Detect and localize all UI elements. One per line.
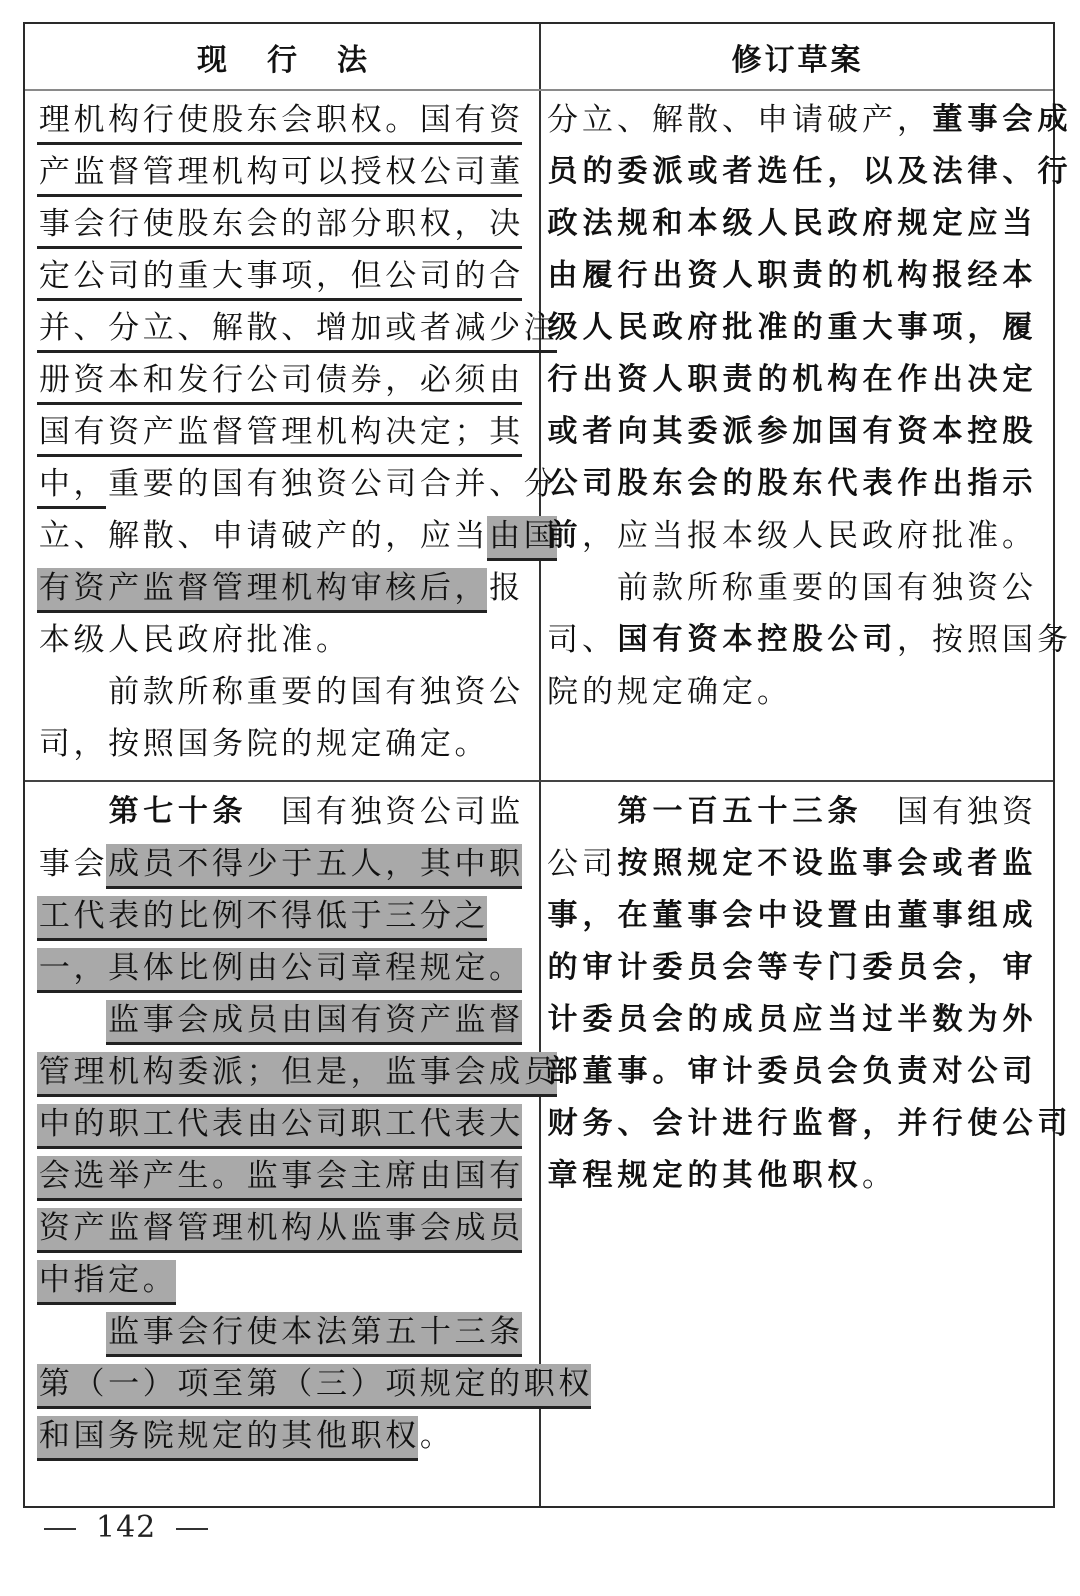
text-line: 定公司的重大事项，但公司的合 [37, 252, 522, 304]
text-segment: 重要的国有独资公司合并、分 [106, 464, 556, 504]
text-line: 产监督管理机构可以授权公司董 [37, 148, 522, 200]
bold-text-segment: 计委员会的成员应当过半数为外 [545, 1000, 1035, 1040]
highlighted-text-segment: 管理机构委派；但是，监事会成员 [37, 1052, 557, 1097]
text-line: 中，重要的国有独资公司合并、分 [37, 460, 522, 512]
highlighted-text-segment: 有资产监督管理机构审核后， [37, 568, 487, 613]
highlighted-text-segment: 中指定。 [37, 1260, 176, 1305]
text-segment: 前款所称重要的国有独资公 [615, 568, 1035, 608]
bold-text-segment: 第七十条 [106, 792, 245, 832]
header-current-law: 现行法 [25, 24, 539, 89]
row2-current-law-cell: 第七十条 国有独资公司监事会成员不得少于五人，其中职工代表的比例不得低于三分之一… [37, 788, 522, 1464]
text-segment: 事会 [37, 844, 106, 884]
text-line: 第七十条 国有独资公司监 [37, 788, 522, 840]
text-segment: 定公司的重大事项，但公司的合 [37, 256, 522, 301]
column-divider [539, 24, 541, 1506]
bold-text-segment: 或者向其委派参加国有资本控股 [545, 412, 1035, 452]
text-segment: 国有资产监督管理机构决定；其 [37, 412, 522, 457]
text-segment: 报 [487, 568, 522, 608]
highlighted-text-segment: 一，具体比例由公司章程规定。 [37, 948, 522, 993]
text-segment: 公司 [545, 844, 615, 884]
text-line: 事会行使股东会的部分职权，决 [37, 200, 522, 252]
text-line: 院的规定确定。 [545, 668, 1035, 720]
text-line: 前款所称重要的国有独资公 [37, 668, 522, 720]
text-line: 前，应当报本级人民政府批准。 [545, 512, 1035, 564]
bold-text-segment: 国有资本控股公司 [615, 620, 895, 660]
text-segment: 册资本和发行公司债券，必须由 [37, 360, 522, 405]
highlighted-text-segment: 工代表的比例不得低于三分之 [37, 896, 487, 941]
text-line: 会选举产生。监事会主席由国有 [37, 1152, 522, 1204]
bold-text-segment: 部董事。审计委员会负责对公司 [545, 1052, 1035, 1092]
text-line: 资产监督管理机构从监事会成员 [37, 1204, 522, 1256]
text-segment: 院的规定确定。 [545, 672, 790, 712]
text-segment: 中， [37, 464, 106, 509]
text-line: 第（一）项至第（三）项规定的职权 [37, 1360, 522, 1412]
row1-revision-draft-cell: 分立、解散、申请破产，董事会成员的委派或者选任，以及法律、行政法规和本级人民政府… [545, 96, 1035, 720]
text-line: 司、国有资本控股公司，按照国务 [545, 616, 1035, 668]
highlighted-text-segment: 监事会行使本法第五十三条 [106, 1312, 522, 1357]
text-line: 并、分立、解散、增加或者减少注 [37, 304, 522, 356]
text-line: 部董事。审计委员会负责对公司 [545, 1048, 1035, 1100]
text-line: 公司按照规定不设监事会或者监 [545, 840, 1035, 892]
text-line: 财务、会计进行监督，并行使公司 [545, 1100, 1035, 1152]
page-footer: 142 [24, 1510, 228, 1545]
text-line: 册资本和发行公司债券，必须由 [37, 356, 522, 408]
highlighted-text-segment: 资产监督管理机构从监事会成员 [37, 1208, 522, 1253]
text-segment: 国有独资 [860, 792, 1035, 832]
bold-text-segment: 的审计委员会等专门委员会，审 [545, 948, 1035, 988]
text-line: 行出资人职责的机构在作出决定 [545, 356, 1035, 408]
text-line: 或者向其委派参加国有资本控股 [545, 408, 1035, 460]
bold-text-segment: 章程规定的其他职权 [545, 1156, 860, 1196]
header-revision-draft: 修订草案 [541, 24, 1054, 89]
footer-dash-right [176, 1528, 208, 1530]
page-number: 142 [96, 1510, 156, 1545]
bold-text-segment: 员的委派或者选任，以及法律、行 [545, 152, 1070, 192]
text-segment: 事会行使股东会的部分职权，决 [37, 204, 522, 249]
highlighted-text-segment: 成员不得少于五人，其中职 [106, 844, 522, 889]
text-segment: 国有独资公司监 [245, 792, 522, 832]
text-line: 立、解散、申请破产的，应当由国 [37, 512, 522, 564]
text-line: 有资产监督管理机构审核后，报 [37, 564, 522, 616]
text-segment: 司、 [545, 620, 615, 660]
text-segment: 司，按照国务院的规定确定。 [37, 724, 487, 764]
highlighted-text-segment: 中的职工代表由公司职工代表大 [37, 1104, 522, 1149]
text-line: 政法规和本级人民政府规定应当 [545, 200, 1035, 252]
text-line: 司，按照国务院的规定确定。 [37, 720, 522, 772]
text-line: 公司股东会的股东代表作出指示 [545, 460, 1035, 512]
text-segment: 。 [418, 1416, 453, 1456]
bold-text-segment: 由履行出资人职责的机构报经本 [545, 256, 1035, 296]
bold-text-segment: 事，在董事会中设置由董事组成 [545, 896, 1035, 936]
bold-text-segment: 财务、会计进行监督，并行使公司 [545, 1104, 1070, 1144]
bold-text-segment: 行出资人职责的机构在作出决定 [545, 360, 1035, 400]
bold-text-segment: 前 [545, 516, 580, 556]
text-line: 员的委派或者选任，以及法律、行 [545, 148, 1035, 200]
text-segment: 分立、解散、申请破产， [545, 100, 930, 140]
text-line: 中指定。 [37, 1256, 522, 1308]
bold-text-segment: 政法规和本级人民政府规定应当 [545, 204, 1035, 244]
bold-text-segment: 按照规定不设监事会或者监 [615, 844, 1035, 884]
footer-dash-left [44, 1528, 76, 1530]
text-segment: ，应当报本级人民政府批准。 [580, 516, 1035, 556]
text-segment: 立、解散、申请破产的，应当 [37, 516, 487, 556]
text-line: 的审计委员会等专门委员会，审 [545, 944, 1035, 996]
text-segment: 产监督管理机构可以授权公司董 [37, 152, 522, 197]
text-line: 本级人民政府批准。 [37, 616, 522, 668]
text-segment: ，按照国务 [895, 620, 1070, 660]
bold-text-segment: 董事会成 [930, 100, 1070, 140]
text-line: 监事会成员由国有资产监督 [37, 996, 522, 1048]
text-line: 章程规定的其他职权。 [545, 1152, 1035, 1204]
text-segment: 理机构行使股东会职权。国有资 [37, 100, 522, 145]
text-line: 管理机构委派；但是，监事会成员 [37, 1048, 522, 1100]
text-line: 第一百五十三条 国有独资 [545, 788, 1035, 840]
text-line: 工代表的比例不得低于三分之 [37, 892, 522, 944]
row1-current-law-cell: 理机构行使股东会职权。国有资产监督管理机构可以授权公司董事会行使股东会的部分职权… [37, 96, 522, 772]
text-line: 国有资产监督管理机构决定；其 [37, 408, 522, 460]
highlighted-text-segment: 第（一）项至第（三）项规定的职权 [37, 1364, 591, 1409]
highlighted-text-segment: 和国务院规定的其他职权 [37, 1416, 418, 1461]
text-segment: 。 [860, 1156, 895, 1196]
text-line: 级人民政府批准的重大事项，履 [545, 304, 1035, 356]
text-segment: 并、分立、解散、增加或者减少注 [37, 308, 557, 353]
text-line: 和国务院规定的其他职权。 [37, 1412, 522, 1464]
text-line: 一，具体比例由公司章程规定。 [37, 944, 522, 996]
header-divider [25, 89, 1053, 91]
comparison-table: 现行法 修订草案 理机构行使股东会职权。国有资产监督管理机构可以授权公司董事会行… [23, 22, 1055, 1508]
text-line: 分立、解散、申请破产，董事会成 [545, 96, 1035, 148]
text-line: 中的职工代表由公司职工代表大 [37, 1100, 522, 1152]
bold-text-segment: 级人民政府批准的重大事项，履 [545, 308, 1035, 348]
highlighted-text-segment: 监事会成员由国有资产监督 [106, 1000, 522, 1045]
text-line: 由履行出资人职责的机构报经本 [545, 252, 1035, 304]
highlighted-text-segment: 会选举产生。监事会主席由国有 [37, 1156, 522, 1201]
text-line: 事，在董事会中设置由董事组成 [545, 892, 1035, 944]
text-line: 理机构行使股东会职权。国有资 [37, 96, 522, 148]
text-segment: 前款所称重要的国有独资公 [106, 672, 522, 712]
bold-text-segment: 公司股东会的股东代表作出指示 [545, 464, 1035, 504]
text-line: 监事会行使本法第五十三条 [37, 1308, 522, 1360]
text-line: 前款所称重要的国有独资公 [545, 564, 1035, 616]
text-line: 计委员会的成员应当过半数为外 [545, 996, 1035, 1048]
bold-text-segment: 第一百五十三条 [615, 792, 860, 832]
text-segment: 本级人民政府批准。 [37, 620, 349, 660]
text-line: 事会成员不得少于五人，其中职 [37, 840, 522, 892]
row-divider [25, 780, 1053, 782]
row2-revision-draft-cell: 第一百五十三条 国有独资公司按照规定不设监事会或者监事，在董事会中设置由董事组成… [545, 788, 1035, 1204]
